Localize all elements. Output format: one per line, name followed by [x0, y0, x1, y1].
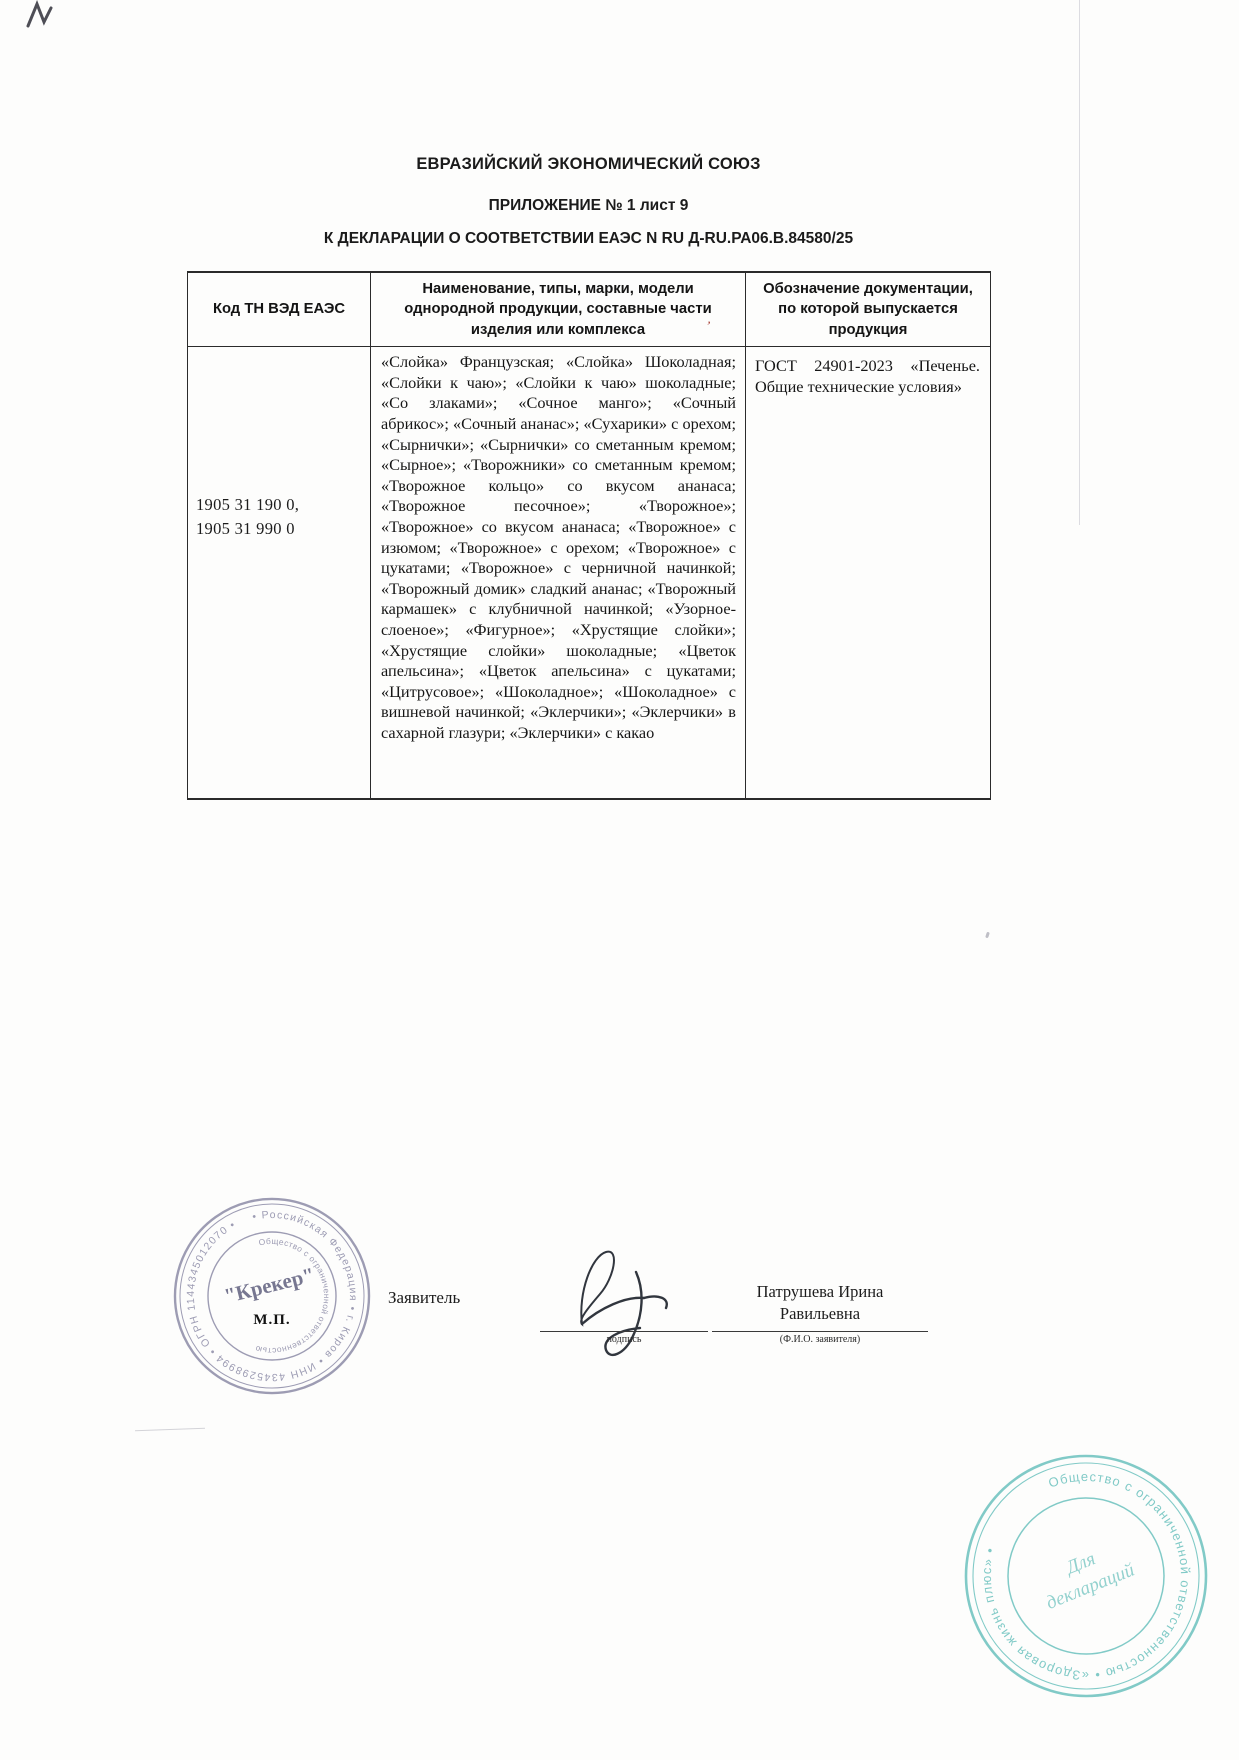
- cell-tnved-codes: 1905 31 190 0, 1905 31 990 0: [188, 347, 371, 799]
- tnved-code-1: 1905 31 190 0,: [196, 493, 366, 517]
- applicant-name-line: [712, 1331, 928, 1332]
- header-union-title: ЕВРАЗИЙСКИЙ ЭКОНОМИЧЕСКИЙ СОЮЗ: [187, 155, 990, 174]
- applicant-name: Патрушева Ирина Равильевна: [712, 1281, 928, 1325]
- signature-line: [540, 1331, 708, 1332]
- declaration-table: Код ТН ВЭД ЕАЭС Наименование, типы, марк…: [187, 271, 991, 800]
- corner-pen-mark: [24, 0, 60, 32]
- applicant-name-caption: (Ф.И.О. заявителя): [712, 1334, 928, 1345]
- cell-product-names: «Слойка» Французская; «Слойка» Шоколадна…: [371, 347, 746, 799]
- cell-gost-documentation: ГОСТ 24901-2023 «Печенье. Общие техничес…: [746, 347, 991, 799]
- mp-place-of-seal-label: М.П.: [240, 1312, 304, 1329]
- header-declaration-number: К ДЕКЛАРАЦИИ О СООТВЕТСТВИИ ЕАЭС N RU Д-…: [187, 230, 990, 248]
- scanned-declaration-page: { "header": { "line1": "ЕВРАЗИЙСКИЙ ЭКОН…: [0, 0, 1239, 1760]
- header-annex-title: ПРИЛОЖЕНИЕ № 1 лист 9: [187, 197, 990, 215]
- column-header-documentation: Обозначение документации, по которой вып…: [746, 272, 991, 347]
- table-row: 1905 31 190 0, 1905 31 990 0 «Слойка» Фр…: [188, 347, 991, 799]
- column-header-code: Код ТН ВЭД ЕАЭС: [188, 272, 371, 347]
- scan-speck: [985, 932, 990, 939]
- scan-edge-mark: [135, 1428, 205, 1431]
- handwritten-signature: [548, 1238, 718, 1368]
- column-header-products: Наименование, типы, марки, модели одноро…: [371, 272, 746, 347]
- svg-text:Общество с ограниченной ответс: Общество с ограниченной ответственностью…: [958, 1448, 1214, 1704]
- seal-center-name: "Крекер": [222, 1263, 317, 1309]
- company-seal-kreker: • Российская Федерация • г. Киров • ИНН …: [168, 1192, 376, 1400]
- signature-caption: подпись: [540, 1334, 708, 1345]
- table-header-row: Код ТН ВЭД ЕАЭС Наименование, типы, марк…: [188, 272, 991, 347]
- stamp-ring-text: Общество с ограниченной ответственностью…: [958, 1448, 1214, 1704]
- teal-certification-stamp: Общество с ограниченной ответственностью…: [958, 1448, 1214, 1704]
- applicant-label: Заявитель: [388, 1288, 460, 1308]
- applicant-name-line2: Равильевна: [712, 1303, 928, 1325]
- scan-crease-line: [1079, 0, 1080, 525]
- applicant-name-line1: Патрушева Ирина: [712, 1281, 928, 1303]
- tnved-code-2: 1905 31 990 0: [196, 517, 366, 541]
